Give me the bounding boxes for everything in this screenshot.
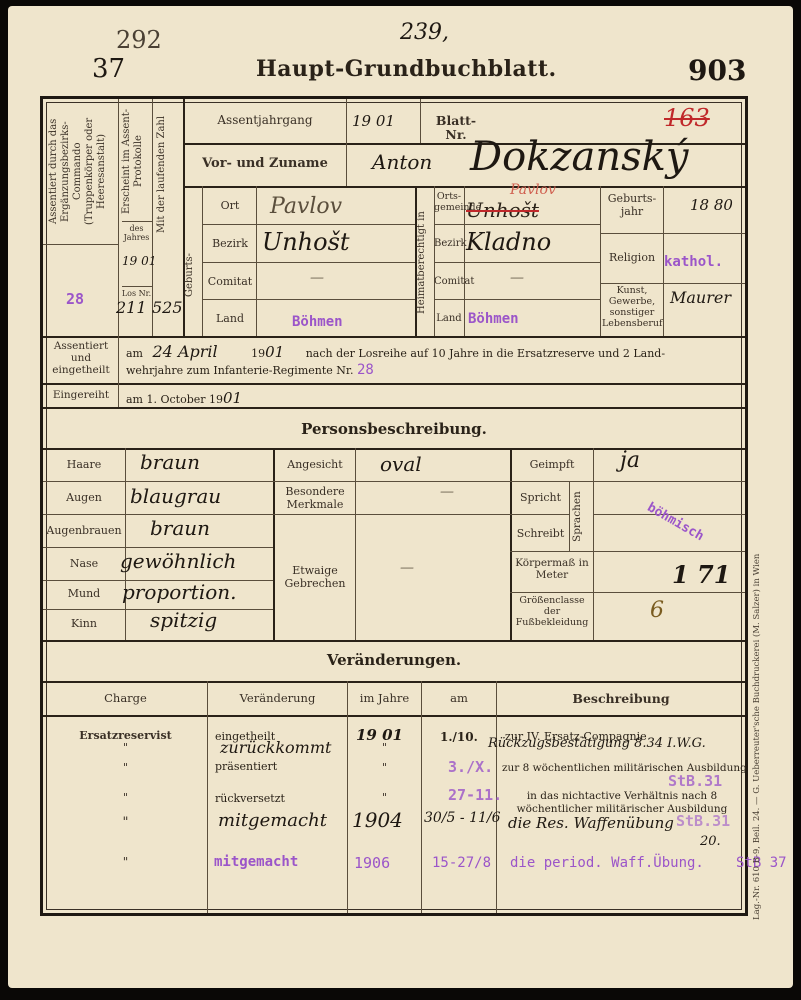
groessenclasse-value: 6: [650, 598, 664, 623]
vorname-value: Anton: [372, 150, 432, 174]
heimat-label: Heimatberechtigt in: [416, 196, 434, 330]
col-am: am: [422, 692, 496, 705]
row1-jahr: ": [348, 742, 421, 755]
heimat-ortsgemeinde-correction: Pavlov: [510, 182, 556, 198]
col-veraenderung: Veränderung: [208, 692, 347, 705]
row2-charge: ": [44, 762, 207, 775]
row4-am: 30/5 - 11/6: [424, 810, 501, 826]
angesicht-label: Angesicht: [276, 459, 354, 472]
personsbeschreibung-title: Personsbeschreibung.: [40, 420, 748, 438]
spricht-label: Spricht: [512, 492, 569, 505]
zuname-value: Dokzanský: [470, 134, 688, 180]
gebrechen-label: Etwaige Gebrechen: [276, 565, 354, 590]
merkmale-label: Besondere Merkmale: [276, 486, 354, 511]
des-jahres-value: 19 01: [122, 254, 156, 268]
col-beschreibung: Beschreibung: [497, 692, 745, 706]
row1-beschreibung: Rückzugsbestätigung 8.34 I.W.G.: [488, 736, 706, 751]
row3-am: 27-11.: [448, 786, 502, 804]
row3-veraenderung: rückversetzt: [215, 792, 285, 805]
schreibt-label: Schreibt: [512, 528, 569, 541]
geburtsjahr-label: Geburts-jahr: [602, 193, 662, 218]
los-nr-label: Los Nr.: [121, 289, 152, 298]
kinn-label: Kinn: [44, 618, 124, 631]
row0-am: 1./10.: [440, 730, 478, 744]
nase-value: gewöhnlich: [120, 549, 236, 573]
col-charge: Charge: [44, 692, 207, 705]
assentiert-row-line1: am 24 April 1901 nach der Losreihe auf 1…: [126, 342, 665, 361]
row3-charge: ": [44, 792, 207, 805]
augen-value: blaugrau: [130, 484, 221, 508]
beruf-value: Maurer: [670, 288, 731, 307]
name-label: Vor- und Zuname: [190, 157, 340, 172]
row2-am: 3./X.: [448, 758, 493, 776]
printer-imprint: Lag.-Nr. 610 B-9, Beil. 24. — G. Ueberre…: [752, 560, 766, 920]
religion-value: kathol.: [664, 254, 723, 270]
geburts-ort-label: Ort: [204, 200, 256, 213]
page-title: Haupt-Grundbuchblatt.: [256, 56, 557, 82]
row5-veraenderung: mitgemacht: [214, 854, 298, 870]
row4-beschreibung: die Res. Waffenübung: [508, 814, 674, 832]
row1-veraenderung: zurückkommt: [220, 738, 331, 757]
gebrechen-value: —: [400, 560, 414, 576]
heimat-ortsgemeinde-label: Orts-gemeinde: [434, 192, 464, 214]
row3-jahr: ": [348, 792, 421, 805]
groessenclasse-label: Größenclasse der Fußbekleidung: [512, 596, 592, 629]
number-left: 37: [92, 54, 125, 84]
geimpft-value: ja: [620, 448, 640, 473]
geburts-comitat-label: Comitat: [204, 276, 256, 289]
row2-veraenderung: präsentiert: [215, 760, 277, 773]
heimat-ortsgemeinde-value: Unhošt: [466, 198, 539, 222]
koerpermass-label: Körpermaß in Meter: [512, 557, 592, 581]
row2-stamp: StB.31: [668, 772, 722, 790]
heimat-land-value: Böhmen: [468, 311, 519, 327]
augenbrauen-label: Augenbrauen: [44, 525, 124, 538]
row5-beschreibung: die period. Waff.Übung.: [510, 855, 704, 871]
geburts-ort-value: Pavlov: [270, 194, 342, 219]
eingereiht-row: am 1. October 1901: [126, 389, 242, 407]
blatt-nr-value: 163: [664, 104, 710, 132]
col-jahr: im Jahre: [348, 692, 421, 705]
religion-label: Religion: [602, 252, 662, 265]
row1-charge: ": [44, 742, 207, 755]
merkmale-value: —: [440, 484, 454, 500]
geimpft-label: Geimpft: [512, 459, 592, 472]
assentiert-durch-value: 28: [66, 290, 84, 308]
regiment-number: 28: [357, 362, 374, 378]
assentjahrgang-value: 19 01: [352, 112, 395, 130]
assentiert-row-line2: wehrjahre zum Infanterie-Regimente Nr. 2…: [126, 362, 374, 378]
assentiert-row-label: Assentiert und eingetheilt: [44, 340, 118, 376]
heimat-land-label: Land: [434, 313, 464, 325]
assentjahrgang-label: Assentjahrgang: [190, 114, 340, 128]
haare-label: Haare: [44, 459, 124, 472]
geburts-bezirk-value: Unhošt: [262, 228, 350, 256]
augenbrauen-value: braun: [150, 516, 210, 540]
haare-value: braun: [140, 450, 200, 474]
row5-jahr: 1906: [354, 854, 390, 872]
geburts-land-value: Böhmen: [292, 314, 343, 330]
assentiert-year: 01: [265, 343, 284, 361]
mund-value: proportion.: [122, 580, 237, 604]
mund-label: Mund: [44, 588, 124, 601]
row4-veraenderung: mitgemacht: [218, 810, 327, 831]
heimat-bezirk-value: Kladno: [466, 228, 551, 256]
eingereiht-label: Eingereiht: [44, 389, 118, 401]
row4-note: 20.: [700, 834, 721, 849]
row5-am: 15-27/8: [432, 855, 491, 871]
laufende-zahl-label: Mit der laufenden Zahl: [156, 104, 180, 244]
row5-charge: ": [44, 856, 207, 870]
eingereiht-year: 01: [223, 389, 242, 407]
row4-stamp: StB.31: [676, 812, 730, 830]
row4-charge: ": [44, 816, 207, 831]
geburts-label: Geburts-: [184, 245, 202, 305]
kinn-value: spitzig: [150, 608, 217, 632]
sprachen-label: Sprachen: [571, 486, 591, 548]
number-left-top: 292: [116, 26, 162, 54]
des-jahres-label: des Jahres: [121, 224, 152, 242]
laufende-zahl-value: 525: [152, 298, 183, 317]
row2-jahr: ": [348, 762, 421, 775]
heimat-comitat-label: Comitat: [434, 276, 464, 288]
assentiert-date: 24 April: [153, 342, 218, 361]
koerpermass-value: 1 71: [672, 560, 730, 589]
number-right: 903: [688, 54, 746, 87]
nase-label: Nase: [44, 558, 124, 571]
angesicht-value: oval: [380, 452, 422, 476]
augen-label: Augen: [44, 492, 124, 505]
row4-jahr: 1904: [352, 808, 403, 832]
los-nr-value: 211: [116, 298, 147, 317]
geburts-bezirk-label: Bezirk: [204, 238, 256, 251]
heimat-comitat-value: —: [510, 270, 524, 286]
erscheint-label: Erscheint im Assent-Protokolle: [121, 104, 151, 218]
beruf-label: Kunst, Gewerbe, sonstiger Lebensberuf: [602, 286, 662, 330]
assentiert-text: nach der Losreihe auf 10 Jahre in die Er…: [306, 347, 665, 360]
heimat-bezirk-label: Bezirk: [434, 238, 464, 250]
geburts-land-label: Land: [204, 313, 256, 326]
veraenderungen-title: Veränderungen.: [40, 651, 748, 669]
assentiert-durch-label: Assentiert durch das Ergänzungsbezirks-C…: [48, 104, 114, 239]
geburts-comitat-value: —: [310, 270, 324, 286]
geburtsjahr-value: 18 80: [690, 196, 733, 214]
number-center-top: 239,: [400, 20, 449, 45]
